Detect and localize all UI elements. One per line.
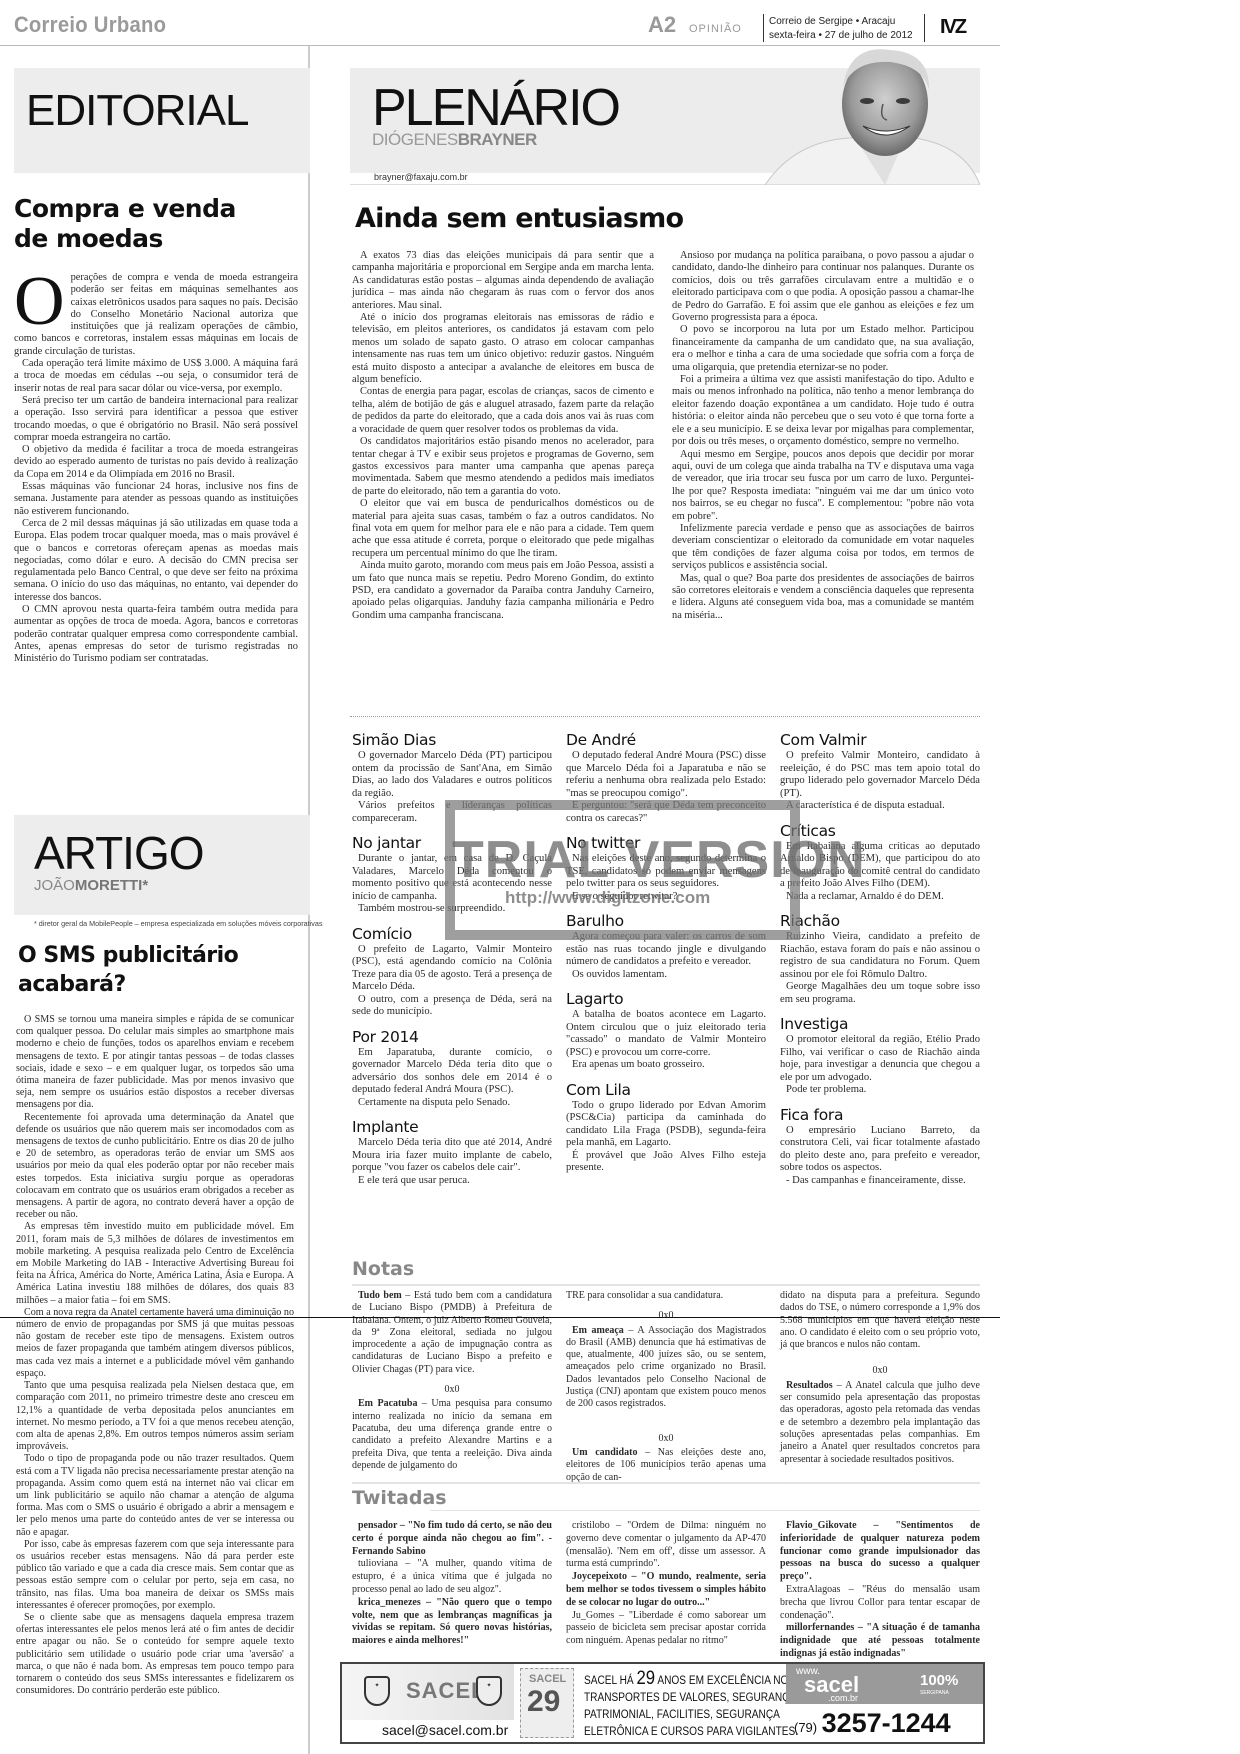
note-title: Barulho <box>566 911 766 931</box>
paragraph: A exatos 73 dias das eleições municipais… <box>352 250 654 312</box>
shield-badge-icon: ✦ <box>476 1676 502 1706</box>
ad-copy-text: PATRIMONIAL, FACILITIES, SEGURANÇA <box>584 1707 751 1724</box>
paragraph: Todo o tipo de propaganda pode ou não tr… <box>16 1453 294 1538</box>
paragraph: E perguntou: "será que Déda tem preconce… <box>566 800 766 825</box>
sacel-advertisement[interactable]: ✦ SACEL ✦ sacel@sacel.com.br SACEL 29 SA… <box>340 1662 985 1744</box>
note-title: Comício <box>352 924 552 944</box>
notas-col2: TRE para consolidar a sua candidatura. 0… <box>566 1290 766 1484</box>
paragraph: Se o cliente sabe que as mensagens daque… <box>16 1612 294 1697</box>
divider <box>352 1284 980 1286</box>
section-name: Correio Urbano <box>14 12 166 38</box>
editorial-title: EDITORIAL <box>26 86 248 136</box>
divider <box>352 1482 980 1484</box>
twitter-handle: tulioviana <box>358 1558 398 1569</box>
editorial-body: O perações de compra e venda de moeda es… <box>14 272 298 666</box>
paragraph: As empresas têm investido muito em publi… <box>16 1221 294 1306</box>
dropcap: O <box>14 274 65 330</box>
paragraph: Foi a primeira a última vez que assisti … <box>672 374 974 448</box>
note-lead: Em Pacatuba <box>358 1398 417 1409</box>
stamp-brand: SACEL <box>529 1673 566 1685</box>
ad-website-box[interactable]: www. sacel .com.br 100% SERGIPANA <box>786 1664 983 1704</box>
paragraph: O SMS se tornou uma maneira simples e rá… <box>16 1014 294 1112</box>
paragraph: Cada operação terá limite máximo de US$ … <box>14 358 298 395</box>
paper-info: Correio de Sergipe • Aracaju sexta-feira… <box>769 15 913 43</box>
ad-logo-area: ✦ SACEL ✦ <box>342 1664 514 1720</box>
paragraph: Todo o grupo liderado por Edvan Amorim (… <box>566 1100 766 1150</box>
paragraph: Ruizinho Vieira, candidato a prefeito de… <box>780 931 980 981</box>
note-separator: 0x0 <box>566 1433 766 1445</box>
editorial-headline: Compra e venda de moedas <box>14 194 236 254</box>
note-text: – Está tudo bem com a candidatura de Luc… <box>352 1290 552 1375</box>
page-number: A2 <box>648 12 676 38</box>
author-first: JOÃO <box>34 877 75 894</box>
paragraph: Certamente na disputa pelo Senado. <box>352 1097 552 1110</box>
divider <box>763 14 764 42</box>
paragraph: O promotor eleitoral da região, Etélio P… <box>780 1034 980 1084</box>
ad-copy-text: SACEL HÁ <box>584 1675 636 1687</box>
twitadas-title: Twitadas <box>352 1487 447 1509</box>
paragraph: Em Japaratuba, durante comício, o govern… <box>352 1047 552 1097</box>
note-title: Por 2014 <box>352 1027 552 1047</box>
paragraph: Os candidatos majoritários estão pisando… <box>352 436 654 498</box>
author-email[interactable]: brayner@faxaju.com.br <box>374 172 468 182</box>
ad-percent: 100% <box>920 1672 958 1689</box>
artigo-author: JOÃOMORETTI* <box>34 877 148 894</box>
twitter-handle: Ju_Gomes <box>572 1610 614 1621</box>
note-title: Com Lila <box>566 1080 766 1100</box>
divider <box>350 716 980 717</box>
ad-percent-sub: SERGIPANA <box>920 1690 949 1696</box>
headline-line: O SMS publicitário <box>18 941 238 970</box>
note-text: TRE para consolidar a sua candidatura. <box>566 1290 766 1302</box>
paragraph: Será preciso ter um cartão de bandeira i… <box>14 395 298 444</box>
note-title: Implante <box>352 1117 552 1137</box>
twitter-handle: ExtraAlagoas <box>786 1584 840 1595</box>
paragraph: Aqui mesmo em Sergipe, poucos anos depoi… <box>672 449 974 523</box>
paragraph: A característica é de disputa estadual. <box>780 800 980 813</box>
twitter-handle: millorfernandes <box>786 1622 854 1633</box>
notes-col3: Com Valmir O prefeito Valmir Monteiro, c… <box>780 722 980 1187</box>
paragraph: A batalha de boatos acontece em Lagarto.… <box>566 1009 766 1059</box>
ad-copy-text: ANOS EM EXCELÊNCIA NOS <box>655 1675 795 1687</box>
plenario-title: PLENÁRIO <box>372 78 619 138</box>
ad-copy: SACEL HÁ 29 ANOS EM EXCELÊNCIA NOS TRANS… <box>584 1670 751 1741</box>
note-title: Simão Dias <box>352 730 552 750</box>
note-title: Fica fora <box>780 1105 980 1125</box>
paragraph: O outro, com a presença de Déda, será na… <box>352 994 552 1019</box>
publisher-logo: IVZ <box>940 16 965 39</box>
paragraph: O objetivo da medida é facilitar a troca… <box>14 444 298 481</box>
ad-copy-text: ELETRÔNICA E CURSOS PARA VIGILANTES. <box>584 1724 751 1741</box>
twitter-handle: krica_menezes <box>358 1597 421 1608</box>
note-text: – A Anatel calcula que julho deve ser co… <box>780 1380 980 1465</box>
notas-title: Notas <box>352 1258 414 1280</box>
paper-date: sexta-feira • 27 de julho de 2012 <box>769 29 913 43</box>
paragraph: Agora começou para valer: os carros de s… <box>566 931 766 969</box>
note-lead: Um candidato <box>572 1447 637 1458</box>
artigo-title: ARTIGO <box>34 826 204 880</box>
paragraph: Marcelo Déda teria dito que até 2014, An… <box>352 1137 552 1175</box>
paragraph: - Das campanhas e financeiramente, disse… <box>780 1175 980 1188</box>
headline-line: de moedas <box>14 224 236 254</box>
note-title: Com Valmir <box>780 730 980 750</box>
note-text: – A Associação dos Magistrados do Brasil… <box>566 1325 766 1410</box>
paragraph: O povo se incorporou na luta por um Esta… <box>672 324 974 374</box>
note-separator: 0x0 <box>352 1384 552 1396</box>
section-label: OPINIÃO <box>689 23 742 35</box>
paragraph: Por isso, cabe às empresas fazerem com q… <box>16 1539 294 1612</box>
paragraph: Nada a reclamar, Arnaldo é do DEM. <box>780 891 980 904</box>
paragraph: Cerca de 2 mil dessas máquinas já são ut… <box>14 518 298 604</box>
trial-watermark-url: http://www.digitzone.com <box>505 888 710 908</box>
ad-email[interactable]: sacel@sacel.com.br <box>382 1722 508 1738</box>
stamp-years: 29 <box>527 1685 560 1719</box>
author-last: BRAYNER <box>458 130 537 149</box>
plenario-headline: Ainda sem entusiasmo <box>355 203 683 234</box>
note-title: Lagarto <box>566 989 766 1009</box>
paragraph: Essas máquinas vão funcionar 24 horas, i… <box>14 481 298 518</box>
note-lead: Tudo bem <box>358 1290 402 1301</box>
paragraph: Até o início dos programas eleitorais na… <box>352 312 654 386</box>
note-title: Investiga <box>780 1014 980 1034</box>
paragraph: E ele terá que usar peruca. <box>352 1175 552 1188</box>
divider <box>430 1510 980 1511</box>
note-text: didato na disputa para a prefeitura. Seg… <box>780 1290 980 1351</box>
paragraph: O empresário Luciano Barreto, da constru… <box>780 1125 980 1175</box>
paragraph: George Magalhães deu um toque sobre isso… <box>780 981 980 1006</box>
paragraph: Ansioso por mudança na política paraiban… <box>672 250 974 324</box>
twitter-handle: cristilobo <box>572 1520 610 1531</box>
ad-copy-text: TRANSPORTES DE VALORES, SEGURANÇA <box>584 1690 751 1707</box>
portrait-image <box>755 46 980 185</box>
ad-copy-years: 29 <box>636 1668 655 1689</box>
anniversary-stamp: SACEL 29 <box>520 1668 574 1738</box>
divider <box>0 1317 1000 1318</box>
phone-number: 3257-1244 <box>822 1708 951 1738</box>
twitadas-col2: cristilobo – "Ordem de Dilma: ninguém no… <box>566 1520 766 1648</box>
paragraph: Era apenas um boato grosseiro. <box>566 1059 766 1072</box>
paragraph: O governador Marcelo Déda (PT) participo… <box>352 750 552 800</box>
paper-name: Correio de Sergipe • Aracaju <box>769 15 913 29</box>
paragraph: Infelizmente parecia verdade e penso que… <box>672 523 974 573</box>
paragraph: O eleitor que vai em busca de pendurical… <box>352 498 654 560</box>
plenario-col2: Ansioso por mudança na política paraiban… <box>672 250 974 622</box>
paragraph: Ainda muito garoto, morando com meus pai… <box>352 560 654 622</box>
paragraph: É provável que João Alves Filho esteja p… <box>566 1150 766 1175</box>
paragraph: O deputado federal André Moura (PSC) dis… <box>566 750 766 800</box>
paragraph: Pode ter problema. <box>780 1084 980 1097</box>
divider <box>924 14 925 42</box>
headline-line: Compra e venda <box>14 194 236 224</box>
author-photo <box>755 46 980 185</box>
plenario-author: DIÓGENESBRAYNER <box>372 130 537 150</box>
note-title: De André <box>566 730 766 750</box>
ad-phone[interactable]: (79) 3257-1244 <box>794 1708 951 1739</box>
notes-col1: Simão Dias O governador Marcelo Déda (PT… <box>352 722 552 1187</box>
twitadas-col3: Flavio_Gikovate – "Sentimentos de inferi… <box>780 1520 980 1661</box>
author-footnote: * diretor geral da MobilePeople – empres… <box>34 919 322 928</box>
ad-web-tld: .com.br <box>828 1693 858 1703</box>
trial-watermark-text: TRIAL VERSION <box>452 830 866 890</box>
note-lead: Resultados <box>786 1380 833 1391</box>
paragraph: O prefeito de Lagarto, Valmir Monteiro (… <box>352 944 552 994</box>
notes-col2: De André O deputado federal André Moura … <box>566 722 766 1175</box>
paragraph: O CMN aprovou nesta quarta-feira também … <box>14 604 298 665</box>
headline-line: acabará? <box>18 970 238 999</box>
ad-brand-logo: SACEL <box>406 1678 486 1704</box>
plenario-col1: A exatos 73 dias das eleições municipais… <box>352 250 654 622</box>
paragraph: Recentemente foi aprovada uma determinaç… <box>16 1112 294 1222</box>
artigo-headline: O SMS publicitário acabará? <box>18 941 238 999</box>
twitter-handle: Joycepeixoto <box>572 1571 627 1582</box>
note-separator: 0x0 <box>780 1365 980 1377</box>
paragraph: Mas, qual o que? Boa parte dos president… <box>672 573 974 623</box>
note-lead: Em ameaça <box>572 1325 624 1336</box>
twitter-handle: pensador <box>358 1520 397 1531</box>
author-last: MORETTI* <box>75 877 148 894</box>
paragraph: Contas de energia para pagar, escolas de… <box>352 386 654 436</box>
paragraph: Os ouvidos lamentam. <box>566 969 766 982</box>
author-first: DIÓGENES <box>372 130 458 149</box>
note-title: Riachão <box>780 911 980 931</box>
twitter-handle: Flavio_Gikovate <box>786 1520 857 1531</box>
twitadas-col1: pensador – "No fim tudo dá certo, se não… <box>352 1520 552 1648</box>
artigo-body: O SMS se tornou uma maneira simples e rá… <box>16 1014 294 1697</box>
paragraph: Tanto que uma pesquisa realizada pela Ni… <box>16 1380 294 1453</box>
paragraph: O prefeito Valmir Monteiro, candidato à … <box>780 750 980 800</box>
phone-area-code: (79) <box>794 1720 817 1735</box>
shield-badge-icon: ✦ <box>364 1676 390 1706</box>
paragraph: Vários prefeitos e lideranças políticas … <box>352 800 552 825</box>
